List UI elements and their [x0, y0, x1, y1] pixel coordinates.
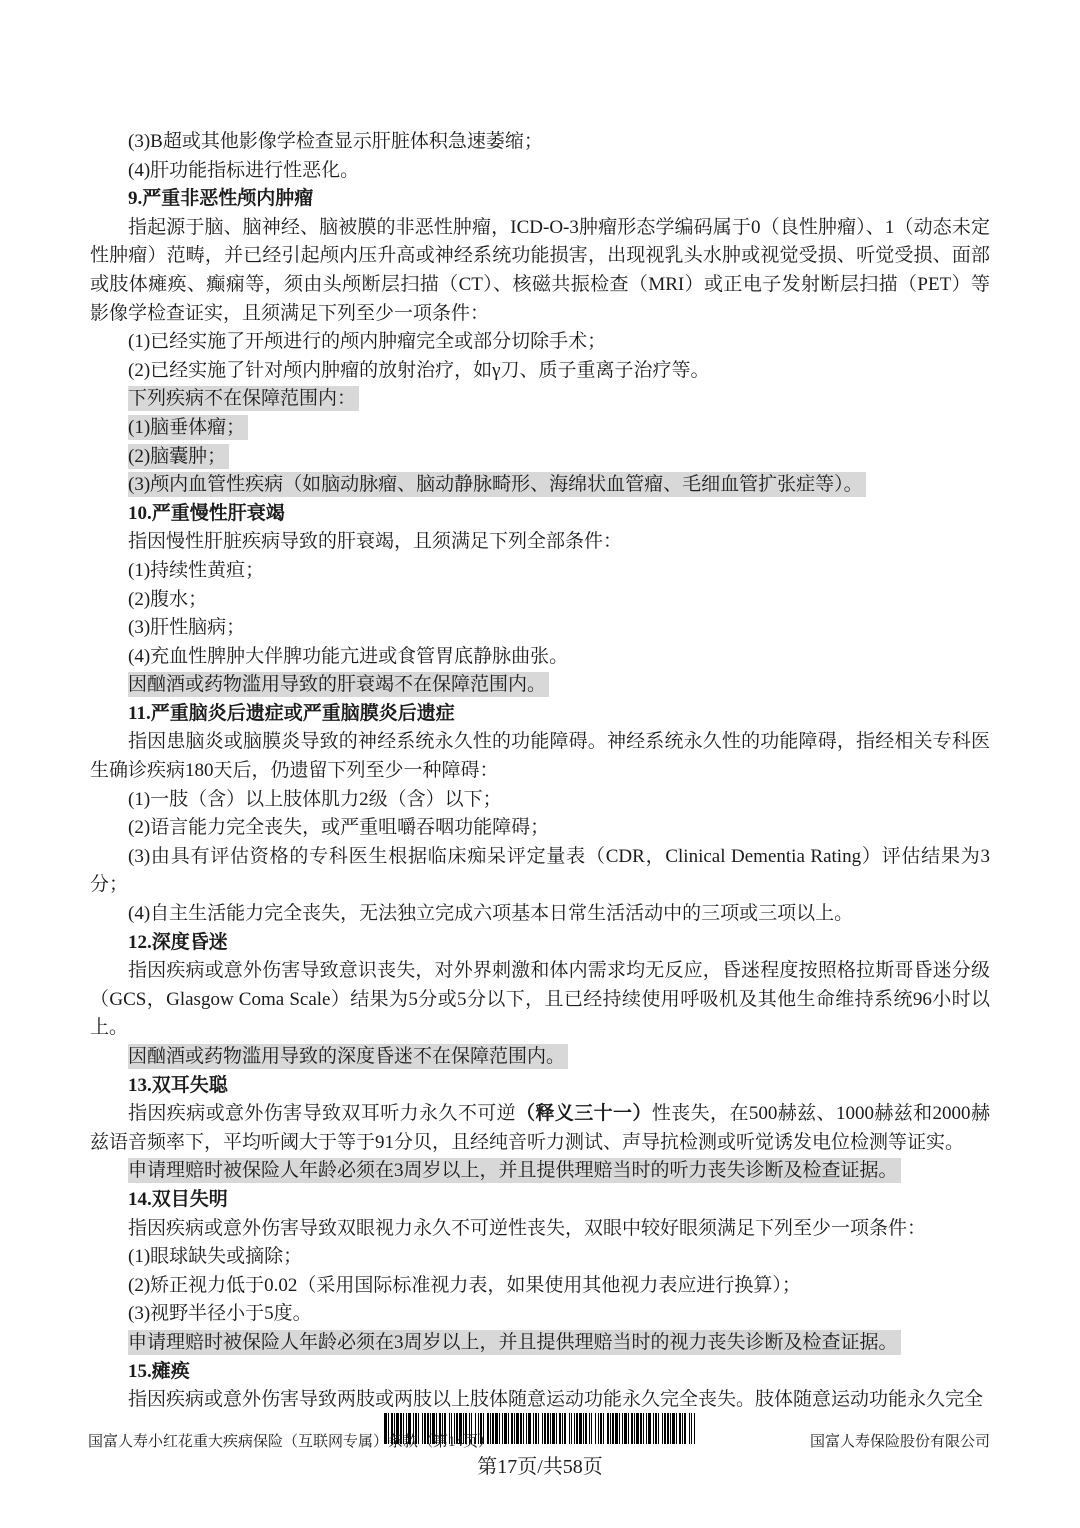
highlight-background: (2)脑囊肿；	[128, 444, 229, 469]
clause-line: (1)眼球缺失或摘除；	[90, 1243, 990, 1272]
document-page: (3)B超或其他影像学检查显示肝脏体积急速萎缩；(4)肝功能指标进行性恶化。9.…	[0, 0, 1080, 1528]
clause-line: (3)B超或其他影像学检查显示肝脏体积急速萎缩；	[90, 128, 990, 157]
highlight-background: (1)脑垂体瘤；	[128, 415, 248, 440]
clause-line: (3)视野半径小于5度。	[90, 1300, 990, 1329]
clause-line: 指因疾病或意外伤害导致意识丧失，对外界刺激和体内需求均无反应，昏迷程度按照格拉斯…	[90, 957, 990, 1043]
highlight-background: 申请理赔时被保险人年龄必须在3周岁以上，并且提供理赔当时的视力丧失诊断及检查证据…	[128, 1330, 901, 1355]
clause-line: (2)腹水；	[90, 586, 990, 615]
clause-text: 指因疾病或意外伤害导致双耳听力永久不可逆	[128, 1103, 516, 1124]
highlight-background: (3)颅内血管性疾病（如脑动脉瘤、脑动静脉畸形、海绵状血管瘤、毛细血管扩张症等）…	[128, 472, 866, 497]
footer-product-name: 国富人寿小红花重大疾病保险（互联网专属）条款（第14页）	[88, 1430, 493, 1451]
clause-line: 指因患脑炎或脑膜炎导致的神经系统永久性的功能障碍。神经系统永久性的功能障碍，指经…	[90, 728, 990, 785]
exclusion-highlight-line: (3)颅内血管性疾病（如脑动脉瘤、脑动静脉畸形、海绵状血管瘤、毛细血管扩张症等）…	[90, 471, 990, 500]
clause-line: (4)肝功能指标进行性恶化。	[90, 157, 990, 186]
clause-line: 指因疾病或意外伤害导致双眼视力永久不可逆性丧失，双眼中较好眼须满足下列至少一项条…	[90, 1215, 990, 1244]
exclusion-highlight-line: 因酗酒或药物滥用导致的肝衰竭不在保障范围内。	[90, 671, 990, 700]
exclusion-highlight-line: 因酗酒或药物滥用导致的深度昏迷不在保障范围内。	[90, 1043, 990, 1072]
highlight-background: 因酗酒或药物滥用导致的肝衰竭不在保障范围内。	[128, 672, 549, 697]
exclusion-highlight-line: (2)脑囊肿；	[90, 443, 990, 472]
exclusion-highlight-line: 申请理赔时被保险人年龄必须在3周岁以上，并且提供理赔当时的听力丧失诊断及检查证据…	[90, 1157, 990, 1186]
clause-line: (2)已经实施了针对颅内肿瘤的放射治疗，如γ刀、质子重离子治疗等。	[90, 357, 990, 386]
clause-line: 指因慢性肝脏疾病导致的肝衰竭，且须满足下列全部条件：	[90, 528, 990, 557]
clause-line: (1)一肢（含）以上肢体肌力2级（含）以下；	[90, 786, 990, 815]
clause-line: (2)语言能力完全丧失，或严重咀嚼吞咽功能障碍；	[90, 814, 990, 843]
highlight-background: 因酗酒或药物滥用导致的深度昏迷不在保障范围内。	[128, 1044, 568, 1069]
clause-line: (3)由具有评估资格的专科医生根据临床痴呆评定量表（CDR，Clinical D…	[90, 843, 990, 900]
clause-line: (3)肝性脑病；	[90, 614, 990, 643]
clause-line: (4)充血性脾肿大伴脾功能亢进或食管胃底静脉曲张。	[90, 643, 990, 672]
clause-heading: 10.严重慢性肝衰竭	[90, 500, 990, 529]
exclusion-highlight-line: 下列疾病不在保障范围内：	[90, 385, 990, 414]
highlight-background: 下列疾病不在保障范围内：	[128, 386, 359, 411]
clause-line: (4)自主生活能力完全丧失，无法独立完成六项基本日常生活活动中的三项或三项以上。	[90, 900, 990, 929]
clause-line: 指起源于脑、脑神经、脑被膜的非恶性肿瘤，ICD-O-3肿瘤形态学编码属于0（良性…	[90, 214, 990, 328]
clause-line: 指因疾病或意外伤害导致两肢或两肢以上肢体随意运动功能永久完全丧失。肢体随意运动功…	[90, 1386, 990, 1415]
exclusion-highlight-line: (1)脑垂体瘤；	[90, 414, 990, 443]
clause-heading: 9.严重非恶性颅内肿瘤	[90, 185, 990, 214]
clause-heading: 15.瘫痪	[90, 1358, 990, 1387]
page-number: 第17页/共58页	[0, 1450, 1080, 1479]
highlight-background: 申请理赔时被保险人年龄必须在3周岁以上，并且提供理赔当时的听力丧失诊断及检查证据…	[128, 1158, 901, 1183]
footer-company-name: 国富人寿保险股份有限公司	[810, 1430, 990, 1451]
definition-reference: （释义三十一）	[516, 1103, 652, 1124]
clause-heading: 11.严重脑炎后遗症或严重脑膜炎后遗症	[90, 700, 990, 729]
clause-heading: 12.深度昏迷	[90, 929, 990, 958]
clause-line: (1)已经实施了开颅进行的颅内肿瘤完全或部分切除手术；	[90, 328, 990, 357]
clause-heading: 13.双耳失聪	[90, 1072, 990, 1101]
clause-line: (2)矫正视力低于0.02（采用国际标准视力表，如果使用其他视力表应进行换算）；	[90, 1272, 990, 1301]
exclusion-highlight-line: 申请理赔时被保险人年龄必须在3周岁以上，并且提供理赔当时的视力丧失诊断及检查证据…	[90, 1329, 990, 1358]
clause-heading: 14.双目失明	[90, 1186, 990, 1215]
clause-line: 指因疾病或意外伤害导致双耳听力永久不可逆（释义三十一）性丧失，在500赫兹、10…	[90, 1100, 990, 1157]
clauses-content: (3)B超或其他影像学检查显示肝脏体积急速萎缩；(4)肝功能指标进行性恶化。9.…	[90, 128, 990, 1415]
clause-line: (1)持续性黄疸；	[90, 557, 990, 586]
